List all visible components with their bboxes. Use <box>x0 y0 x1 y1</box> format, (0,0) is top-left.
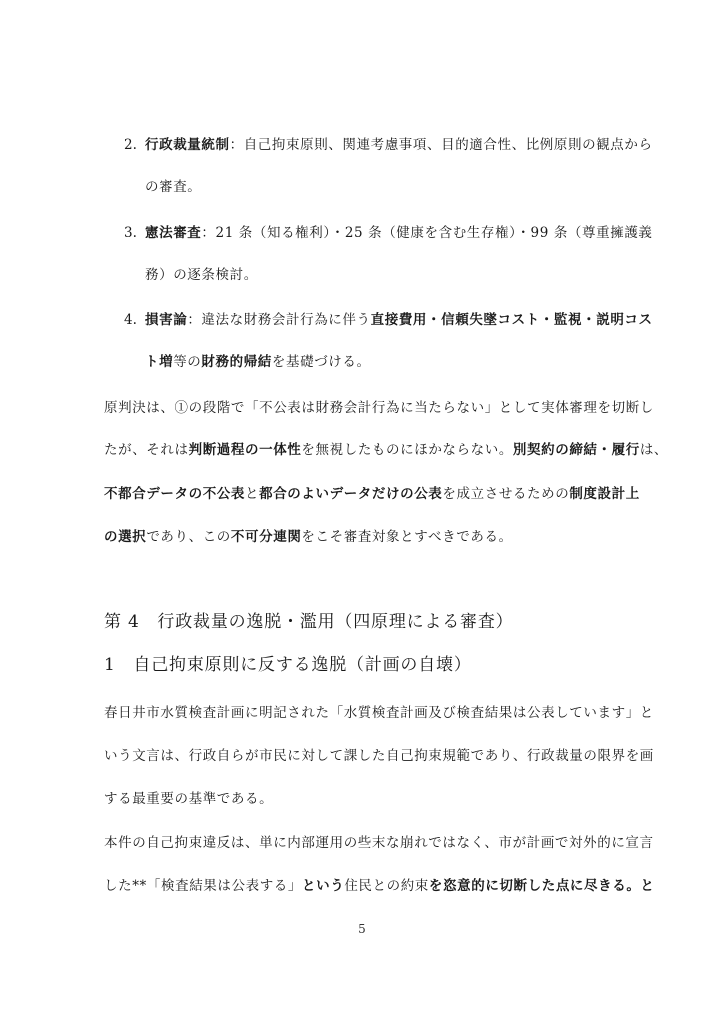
bold-text-run: という <box>302 878 344 894</box>
bold-text-run: 制度設計上 <box>569 486 640 502</box>
list-item-2-line-2: の審査。 <box>145 178 201 196</box>
paragraph-3-line-1: 本件の自己拘束違反は、単に内部運用の些末な崩れではなく、市が計画で対外的に宣言 <box>104 834 654 852</box>
bold-text-run: 行政裁量統制 <box>145 137 230 153</box>
text-run: 春日井市水質検査計画に明記された「水質検査計画及び検査結果は公表しています」と <box>104 705 654 721</box>
list-item-3-line-1: 憲法審査：21 条（知る権利）・25 条（健康を含む生存権）・99 条（尊重擁護… <box>145 224 653 242</box>
text-run: 原判決は、①の段階で「不公表は財務会計行為に当たらない」として実体審理を切断し <box>104 400 654 416</box>
bold-text-run: ト増 <box>145 354 173 370</box>
list-item-4-line-1: 損害論：違法な財務会計行為に伴う直接費用・信頼失墜コスト・監視・説明コス <box>145 311 653 329</box>
page-number: 5 <box>0 922 724 936</box>
text-run: をこそ審査対象とすべきである。 <box>301 529 512 545</box>
text-run: は、 <box>640 442 668 458</box>
bold-text-run: を恣意的に切断した点に尽きる。と <box>429 878 655 894</box>
bold-text-run: の選択 <box>104 529 146 545</box>
list-item-4-line-2: ト増等の財務的帰結を基礎づける。 <box>145 353 371 371</box>
text-run: する最重要の基準である。 <box>104 791 273 807</box>
section-heading: 第 4 行政裁量の逸脱・濫用（四原理による審査） <box>104 611 513 633</box>
bold-text-run: 不可分連関 <box>231 529 302 545</box>
paragraph-1-line-2: たが、それは判断過程の一体性を無視したものにほかならない。別契約の締結・履行は、 <box>104 441 668 459</box>
list-number: 3. <box>124 224 137 242</box>
paragraph-1-line-3: 不都合データの不公表と都合のよいデータだけの公表を成立させるための制度設計上 <box>104 485 640 503</box>
text-run: の審査。 <box>145 179 201 195</box>
subsection-heading: 1 自己拘束原則に反する逸脱（計画の自壊） <box>104 654 472 676</box>
bold-text-run: 財務的帰結 <box>201 354 272 370</box>
text-run: を成立させるための <box>442 486 569 502</box>
text-run: 本件の自己拘束違反は、単に内部運用の些末な崩れではなく、市が計画で対外的に宣言 <box>104 835 654 851</box>
text-run: 等の <box>173 354 201 370</box>
list-number: 2. <box>124 136 137 154</box>
paragraph-1-line-4: の選択であり、この不可分連関をこそ審査対象とすべきである。 <box>104 528 513 546</box>
paragraph-2-line-1: 春日井市水質検査計画に明記された「水質検査計画及び検査結果は公表しています」と <box>104 704 654 722</box>
bold-text-run: 憲法審査 <box>145 225 201 241</box>
text-run: を無視したものにほかならない。 <box>301 442 513 458</box>
bold-text-run: 別契約の締結・履行 <box>513 442 640 458</box>
bold-text-run: 判断過程の一体性 <box>189 442 302 458</box>
text-run: ：違法な財務会計行為に伴う <box>187 312 370 328</box>
paragraph-1-line-1: 原判決は、①の段階で「不公表は財務会計行為に当たらない」として実体審理を切断し <box>104 399 654 417</box>
text-run: 務）の逐条検討。 <box>145 267 258 283</box>
bold-text-run: 損害論 <box>145 312 187 328</box>
text-run: たが、それは <box>104 442 189 458</box>
bold-text-run: 直接費用・信頼失墜コスト・監視・説明コス <box>371 312 653 328</box>
text-run: いう文言は、行政自らが市民に対して課した自己拘束規範であり、行政裁量の限界を画 <box>104 748 654 764</box>
paragraph-3-line-2: した**「検査結果は公表する」という住民との約束を恣意的に切断した点に尽きる。と <box>104 877 655 895</box>
text-run: ：21 条（知る権利）・25 条（健康を含む生存権）・99 条（尊重擁護義 <box>201 225 652 241</box>
list-item-3-line-2: 務）の逐条検討。 <box>145 266 258 284</box>
paragraph-2-line-2: いう文言は、行政自らが市民に対して課した自己拘束規範であり、行政裁量の限界を画 <box>104 747 654 765</box>
text-run: を基礎づける。 <box>272 354 371 370</box>
text-run: ：自己拘束原則、関連考慮事項、目的適合性、比例原則の観点から <box>230 137 653 153</box>
bold-text-run: 不都合データの不公表 <box>104 486 245 502</box>
text-run: した**「検査結果は公表する」 <box>104 878 302 894</box>
list-item-2-line-1: 行政裁量統制：自己拘束原則、関連考慮事項、目的適合性、比例原則の観点から <box>145 136 653 154</box>
paragraph-2-line-3: する最重要の基準である。 <box>104 790 273 808</box>
bold-text-run: 都合のよいデータだけの公表 <box>259 486 442 502</box>
text-run: であり、この <box>146 529 231 545</box>
list-number: 4. <box>124 311 137 329</box>
text-run: と <box>245 486 259 502</box>
text-run: 住民との約束 <box>344 878 429 894</box>
document-page: 2. 行政裁量統制：自己拘束原則、関連考慮事項、目的適合性、比例原則の観点から … <box>0 0 724 1024</box>
